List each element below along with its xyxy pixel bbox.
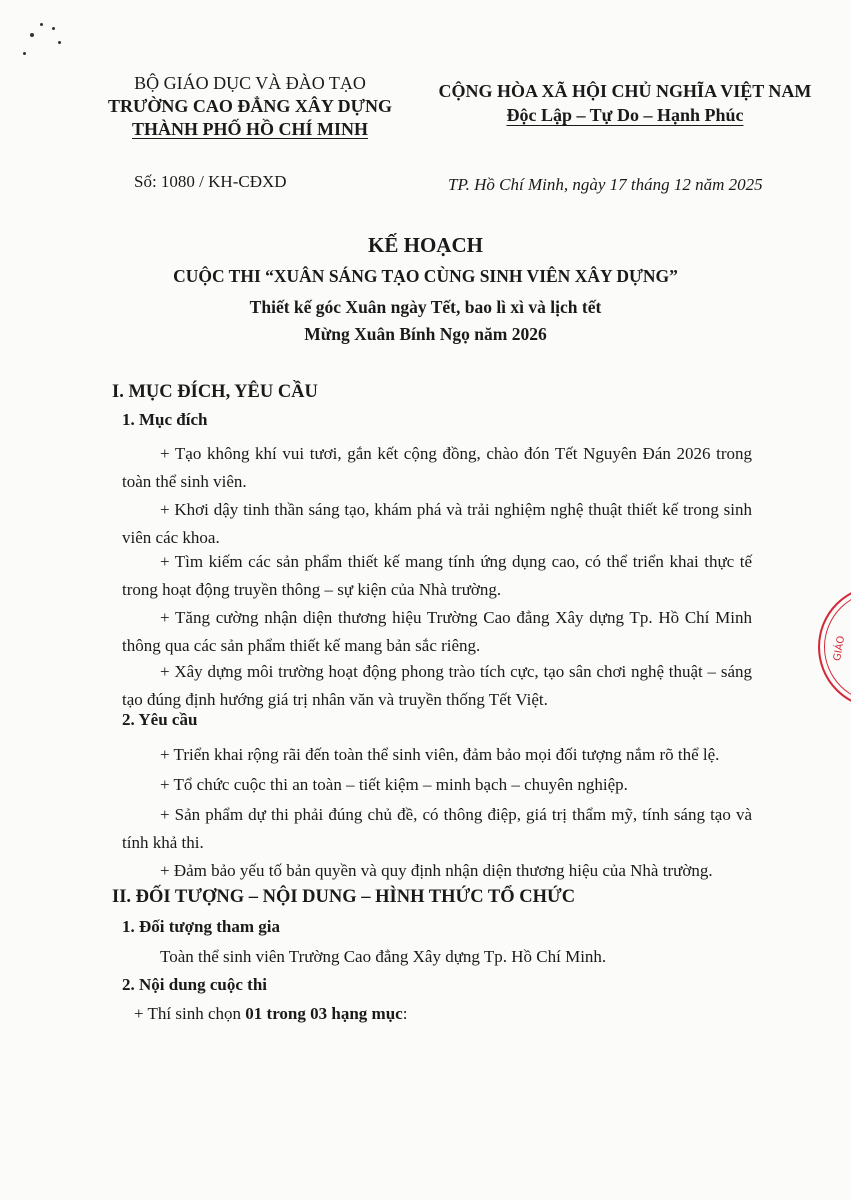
participants-text: Toàn thể sinh viên Trường Cao đẳng Xây d… [160,947,606,967]
national-header: CỘNG HÒA XÃ HỘI CHỦ NGHĨA VIỆT NAM Độc L… [420,79,830,127]
purpose-item: + Tăng cường nhận diện thương hiệu Trườn… [122,604,752,660]
section-2-2-heading: 2. Nội dung cuộc thi [122,975,267,995]
purpose-item: + Xây dựng môi trường hoạt động phong tr… [122,658,752,714]
document-number: Số: 1080 / KH-CĐXD [134,172,287,192]
ministry-name: BỘ GIÁO DỤC VÀ ĐÀO TẠO [100,72,400,95]
section-1-1-heading: 1. Mục đích [122,410,207,430]
purpose-item: + Khơi dậy tinh thần sáng tạo, khám phá … [122,496,752,552]
document-type: KẾ HOẠCH [0,233,851,258]
section-1-2-heading: 2. Yêu cầu [122,710,197,730]
section-2-1-heading: 1. Đối tượng tham gia [122,917,280,937]
content-item: + Thí sinh chọn 01 trong 03 hạng mục: [134,1004,407,1024]
contest-subtitle-1: Thiết kế góc Xuân ngày Tết, bao lì xì và… [0,297,851,318]
requirement-item: + Tổ chức cuộc thi an toàn – tiết kiệm –… [122,771,752,799]
section-1-heading: I. MỤC ĐÍCH, YÊU CẦU [112,382,318,403]
school-name-line2: THÀNH PHỐ HỒ CHÍ MINH [100,118,400,141]
national-motto: Độc Lập – Tự Do – Hạnh Phúc [420,103,830,127]
section-2-heading: II. ĐỐI TƯỢNG – NỘI DUNG – HÌNH THỨC TỔ … [112,887,575,908]
document-page: BỘ GIÁO DỤC VÀ ĐÀO TẠO TRƯỜNG CAO ĐẲNG X… [0,0,851,1200]
school-name-line1: TRƯỜNG CAO ĐẲNG XÂY DỰNG [100,95,400,118]
purpose-item: + Tìm kiếm các sản phẩm thiết kế mang tí… [122,548,752,604]
contest-title: CUỘC THI “XUÂN SÁNG TẠO CÙNG SINH VIÊN X… [0,266,851,287]
purpose-item: + Tạo không khí vui tươi, gắn kết cộng đ… [122,440,752,496]
issuer-header: BỘ GIÁO DỤC VÀ ĐÀO TẠO TRƯỜNG CAO ĐẲNG X… [100,72,400,141]
contest-subtitle-2: Mừng Xuân Bính Ngọ năm 2026 [0,324,851,345]
requirement-item: + Triển khai rộng rãi đến toàn thể sinh … [122,741,752,769]
requirement-item: + Sản phẩm dự thi phải đúng chủ đề, có t… [122,801,752,857]
place-date: TP. Hồ Chí Minh, ngày 17 tháng 12 năm 20… [448,175,763,195]
requirement-item: + Đảm bảo yếu tố bản quyền và quy định n… [122,857,752,885]
country-name: CỘNG HÒA XÃ HỘI CHỦ NGHĨA VIỆT NAM [420,79,830,103]
